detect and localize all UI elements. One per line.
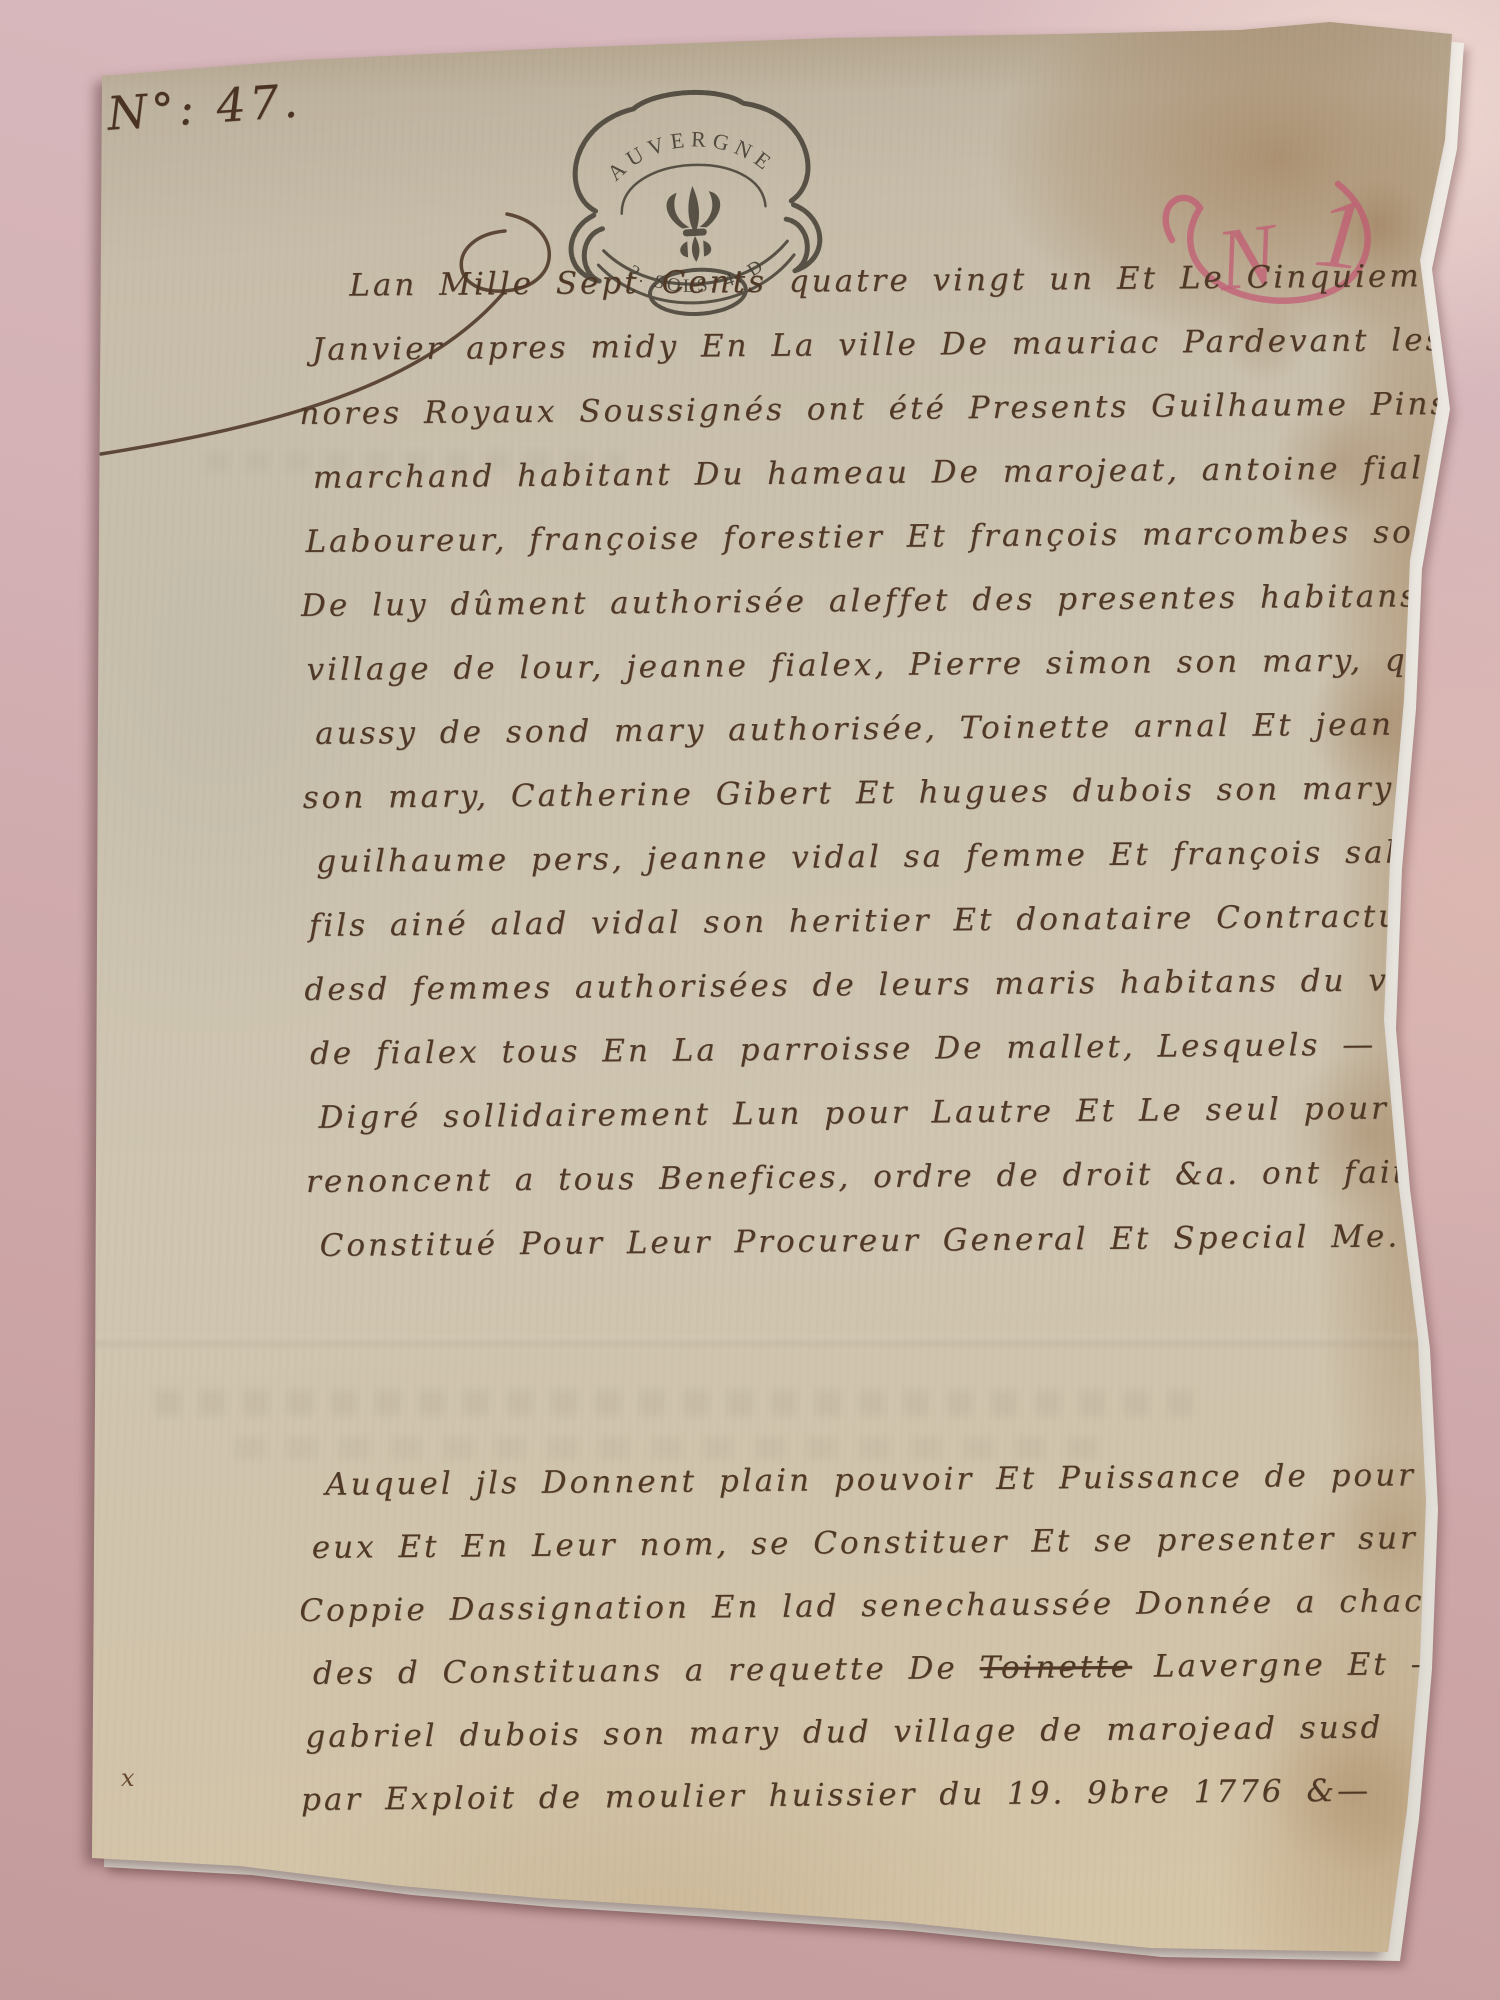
manuscript-line: Auquel jls Donnent plain pouvoir Et Puis…	[325, 1444, 1464, 1517]
manuscript-line: Janvier apres midy En La ville De mauria…	[312, 308, 1465, 382]
manuscript-line: gabriel dubois son mary dud village de m…	[305, 1696, 1466, 1769]
manuscript-line: Laboureur, françoise forestier Et franço…	[305, 500, 1466, 574]
manuscript-line: Constitué Pour Leur Procureur General Et…	[319, 1204, 1472, 1278]
manuscript-line: par Exploit de moulier huissier du 19. 9…	[301, 1759, 1467, 1832]
manuscript-line: aussy de sond mary authorisée, Toinette …	[315, 692, 1468, 766]
manuscript-line: desd femmes authorisées de leurs maris h…	[304, 948, 1470, 1022]
manuscript-paragraph-1: Lan Mille Sept Cents quatre vingt un Et …	[303, 244, 1472, 1278]
paper-wrap: N°: 47. AUVERGNE	[0, 0, 1500, 2000]
manuscript-line: son mary, Catherine Gibert Et hugues dub…	[302, 756, 1468, 830]
manuscript-line: De luy dûment authorisée aleffet des pre…	[301, 564, 1467, 638]
manuscript-line: nores Royaux Soussignés ont été Presents…	[299, 372, 1465, 446]
manuscript-line: Lan Mille Sept Cents quatre vingt un Et …	[349, 244, 1464, 318]
manuscript-line: de fialex tous En La parroisse De mallet…	[310, 1012, 1471, 1086]
manuscript-line: marchand habitant Du hameau De marojeat,…	[313, 436, 1466, 510]
paper-crease	[85, 1334, 1457, 1346]
manuscript-line: Coppie Dassignation En lad senechaussée …	[299, 1570, 1465, 1643]
svg-text:AUVERGNE: AUVERGNE	[600, 122, 781, 187]
manuscript-line: guilhaume pers, jeanne vidal sa femme Et…	[316, 820, 1469, 894]
paper-sheet: N°: 47. AUVERGNE	[85, 22, 1457, 1974]
manuscript-line: Digré sollidairement Lun pour Lautre Et …	[318, 1076, 1471, 1150]
manuscript-line: eux Et En Leur nom, se Constituer Et se …	[312, 1507, 1465, 1580]
manuscript-line: fils ainé alad vidal son heritier Et don…	[309, 884, 1470, 958]
bottom-x-mark: x	[121, 1764, 135, 1792]
manuscript-paragraph-2: Auquel jls Donnent plain pouvoir Et Puis…	[303, 1444, 1466, 1832]
struck-word: Toinette	[979, 1649, 1132, 1686]
ink-bleedthrough	[155, 1390, 1195, 1416]
manuscript-line: renoncent a tous Benefices, ordre de dro…	[306, 1140, 1472, 1214]
photo-background: N°: 47. AUVERGNE	[0, 0, 1500, 2000]
manuscript-line: village de lour, jeanne fialex, Pierre s…	[306, 628, 1467, 702]
stamp-region-text: AUVERGNE	[600, 122, 781, 187]
manuscript-line: des d Constituans a requette De Toinette…	[313, 1633, 1466, 1706]
